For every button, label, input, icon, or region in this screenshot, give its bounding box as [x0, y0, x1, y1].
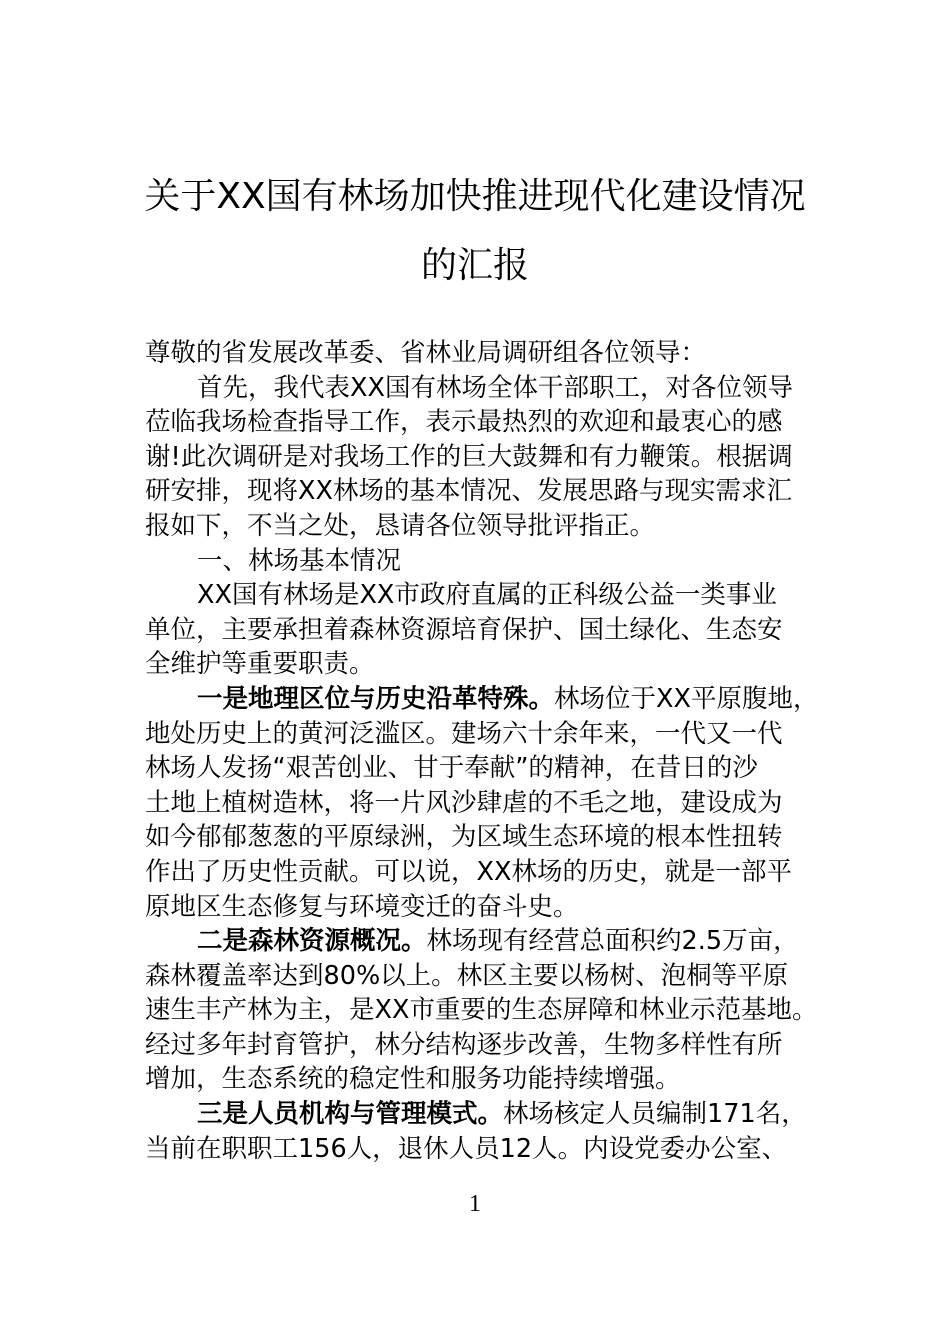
line-text: 单位，主要承担着森林资源培育保护、国土绿化、生态安 [145, 615, 783, 645]
line-text: 研安排，现将XX林场的基本情况、发展思路与现实需求汇 [145, 476, 792, 506]
document-body: 尊敬的省发展改革委、省林业局调研组各位领导： 首先，我代表XX国有林场全体干部职… [145, 336, 845, 1166]
body-line: 一、林场基本情况 [145, 544, 845, 579]
section-heading: 一是地理区位与历史沿革特殊。 [197, 684, 554, 714]
line-text: 作出了历史性贡献。可以说，XX林场的历史，就是一部平 [145, 857, 792, 887]
line-text: 全维护等重要职责。 [145, 649, 375, 679]
line-text: 森林覆盖率达到80%以上。林区主要以杨树、泡桐等平原 [145, 961, 788, 991]
body-line: 原地区生态修复与环境变迁的奋斗史。 [145, 890, 845, 925]
body-line: 森林覆盖率达到80%以上。林区主要以杨树、泡桐等平原 [145, 959, 845, 994]
document-page: 关于XX国有林场加快推进现代化建设情况 的汇报 尊敬的省发展改革委、省林业局调研… [0, 0, 950, 1344]
line-text: 原地区生态修复与环境变迁的奋斗史。 [145, 892, 579, 922]
line-text: 当前在职职工156人，退休人员12人。内设党委办公室、 [145, 1134, 787, 1164]
line-text: 林场位于XX平原腹地， [554, 684, 818, 714]
body-line: 三是人员机构与管理模式。林场核定人员编制171名， [145, 1097, 845, 1132]
section-heading: 二是森林资源概况。 [197, 926, 427, 956]
body-line: 二是森林资源概况。林场现有经营总面积约2.5万亩， [145, 924, 845, 959]
line-text: 林场核定人员编制171名， [503, 1099, 807, 1129]
body-line: 增加，生态系统的稳定性和服务功能持续增强。 [145, 1062, 845, 1097]
body-lines: 首先，我代表XX国有林场全体干部职工，对各位领导莅临我场检查指导工作，表示最热烈… [145, 371, 845, 1167]
document-title-line-1: 关于XX国有林场加快推进现代化建设情况 [0, 177, 950, 217]
line-text: 首先，我代表XX国有林场全体干部职工，对各位领导 [197, 373, 793, 403]
line-text: XX国有林场是XX市政府直属的正科级公益一类事业 [197, 580, 777, 610]
body-line: 全维护等重要职责。 [145, 647, 845, 682]
line-text: 报如下，不当之处，恳请各位领导批评指正。 [145, 511, 655, 541]
section-heading: 三是人员机构与管理模式。 [197, 1099, 503, 1129]
line-text: 如今郁郁葱葱的平原绿洲，为区域生态环境的根本性扭转 [145, 822, 783, 852]
body-line: 谢!此次调研是对我场工作的巨大鼓舞和有力鞭策。根据调 [145, 440, 845, 475]
body-line: 林场人发扬“艰苦创业、甘于奉献”的精神，在昔日的沙 [145, 751, 845, 786]
body-line: 当前在职职工156人，退休人员12人。内设党委办公室、 [145, 1132, 845, 1167]
body-line: 土地上植树造林，将一片风沙肆虐的不毛之地，建设成为 [145, 786, 845, 821]
salutation: 尊敬的省发展改革委、省林业局调研组各位领导： [145, 336, 845, 371]
line-text: 经过多年封育管护，林分结构逐步改善，生物多样性有所 [145, 1030, 783, 1060]
body-line: 地处历史上的黄河泛滥区。建场六十余年来，一代又一代 [145, 717, 845, 752]
page-number: 1 [0, 1190, 950, 1218]
body-line: 报如下，不当之处，恳请各位领导批评指正。 [145, 509, 845, 544]
body-line: 首先，我代表XX国有林场全体干部职工，对各位领导 [145, 371, 845, 406]
document-title-line-2: 的汇报 [0, 246, 950, 286]
body-line: XX国有林场是XX市政府直属的正科级公益一类事业 [145, 578, 845, 613]
line-text: 林场人发扬“艰苦创业、甘于奉献”的精神，在昔日的沙 [145, 753, 758, 783]
line-text: 谢!此次调研是对我场工作的巨大鼓舞和有力鞭策。根据调 [145, 442, 793, 472]
line-text: 土地上植树造林，将一片风沙肆虐的不毛之地，建设成为 [145, 788, 783, 818]
body-line: 速生丰产林为主，是XX市重要的生态屏障和林业示范基地。 [145, 993, 845, 1028]
body-line: 研安排，现将XX林场的基本情况、发展思路与现实需求汇 [145, 474, 845, 509]
body-line: 莅临我场检查指导工作，表示最热烈的欢迎和最衷心的感 [145, 405, 845, 440]
body-line: 如今郁郁葱葱的平原绿洲，为区域生态环境的根本性扭转 [145, 820, 845, 855]
line-text: 增加，生态系统的稳定性和服务功能持续增强。 [145, 1064, 681, 1094]
line-text: 地处历史上的黄河泛滥区。建场六十余年来，一代又一代 [145, 719, 783, 749]
line-text: 林场现有经营总面积约2.5万亩， [427, 926, 799, 956]
body-line: 一是地理区位与历史沿革特殊。林场位于XX平原腹地， [145, 682, 845, 717]
body-line: 作出了历史性贡献。可以说，XX林场的历史，就是一部平 [145, 855, 845, 890]
body-line: 单位，主要承担着森林资源培育保护、国土绿化、生态安 [145, 613, 845, 648]
line-text: 莅临我场检查指导工作，表示最热烈的欢迎和最衷心的感 [145, 407, 783, 437]
body-line: 经过多年封育管护，林分结构逐步改善，生物多样性有所 [145, 1028, 845, 1063]
line-text: 一、林场基本情况 [197, 546, 401, 576]
line-text: 速生丰产林为主，是XX市重要的生态屏障和林业示范基地。 [145, 995, 817, 1025]
